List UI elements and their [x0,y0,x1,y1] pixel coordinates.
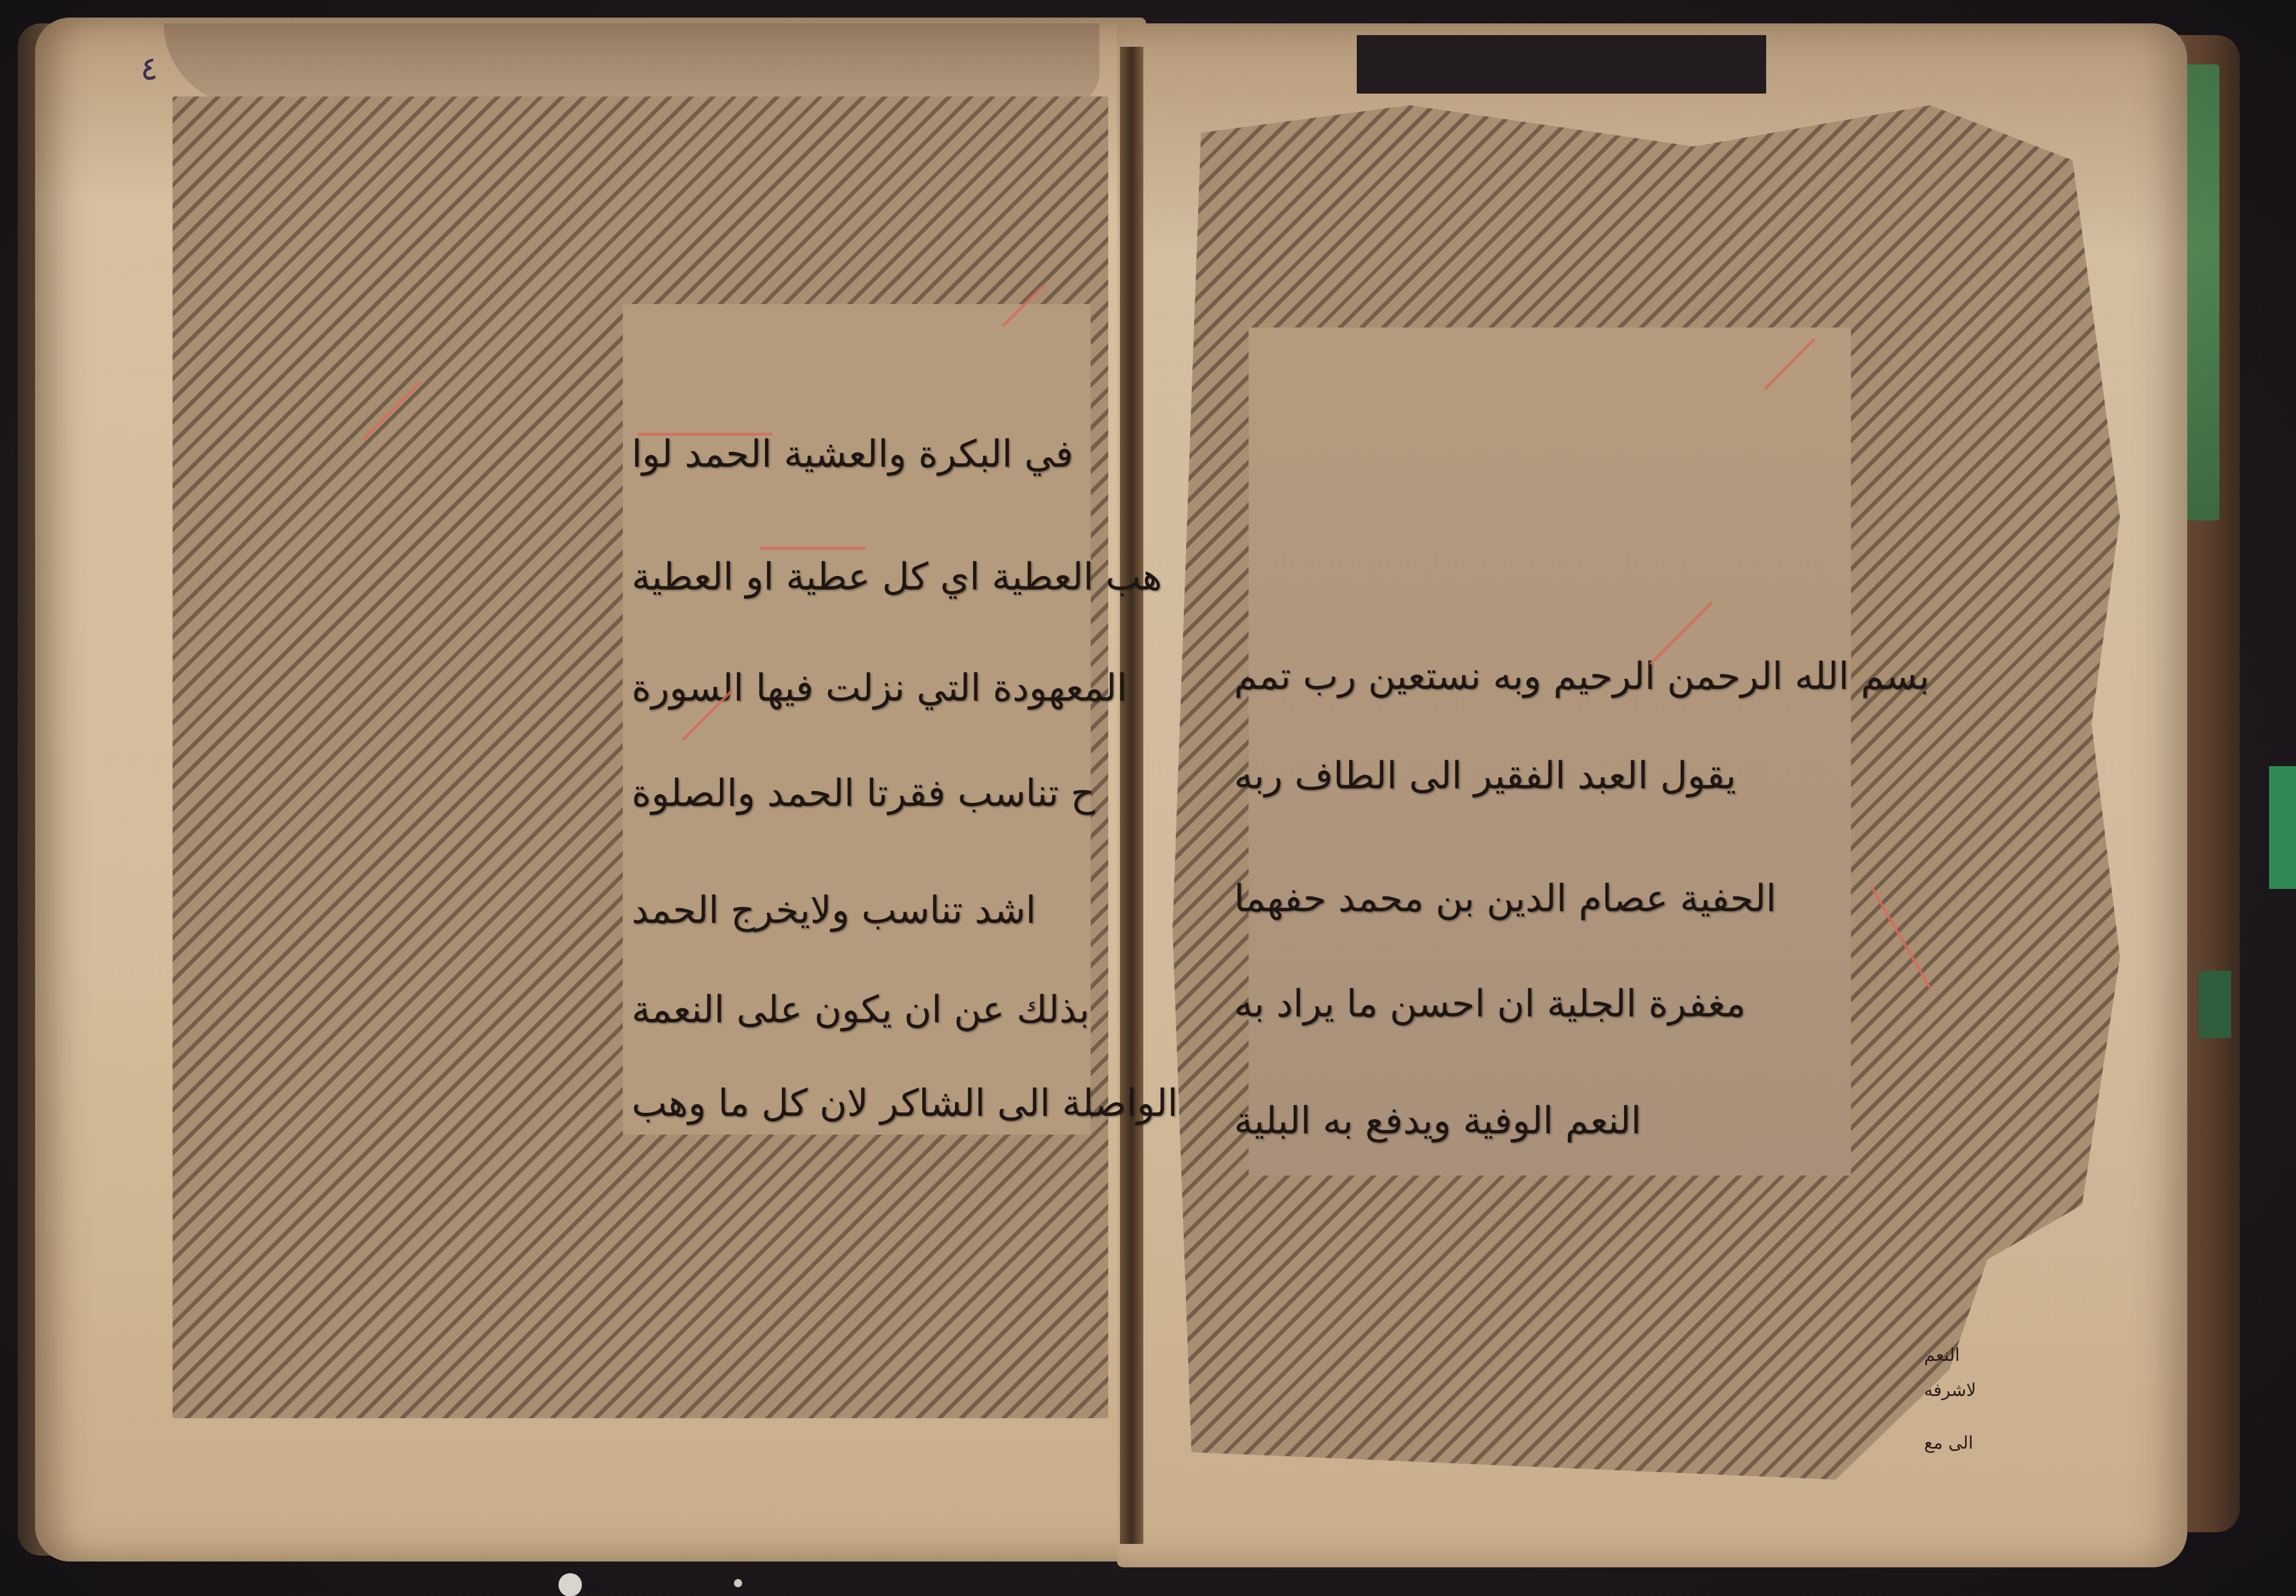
right-main-line-3: الحفية عصام الدين بن محمد حفهما [1234,877,1776,921]
green-tab-edge [2269,766,2296,889]
right-main-line-4: مغفرة الجلية ان احسن ما يراد به [1234,983,1746,1026]
left-main-line-1: في البكرة والعشية الحمد لوا [632,433,1073,476]
left-main-line-4: ح تناسب فقرتا الحمد والصلوة [632,772,1095,815]
green-cloth-binding [2184,64,2219,520]
right-main-line-2: يقول العبد الفقير الى الطاف ربه [1234,754,1736,798]
book-gutter [1120,47,1143,1544]
right-main-line-1: بسم الله الرحمن الرحيم وبه نستعين رب تمم [1234,655,1929,698]
red-overline [760,547,866,550]
left-main-line-2: هب العطية اي كل عطية او العطية [632,556,1162,599]
green-binding-patch [2199,971,2231,1038]
torn-page-top-right [1357,35,1766,94]
left-main-line-6: بذلك عن ان يكون على النعمة [632,988,1090,1032]
marginal-note: النعم [1924,1345,1960,1366]
marginal-note: الى مع [1924,1433,1973,1453]
left-main-line-3: المعهودة التي نزلت فيها السورة [632,667,1127,710]
water-stain-top-left [164,23,1099,105]
red-overline [637,433,772,436]
marginal-note: لاشرفه [1924,1380,1976,1401]
right-main-text-panel [1249,328,1851,1176]
bottom-pin [559,1573,582,1596]
left-main-line-5: اشد تناسب ولايخرج الحمد [632,889,1036,932]
right-main-line-5: النعم الوفية ويدفع به البلية [1234,1099,1642,1143]
folio-number: ٤ [140,50,158,88]
bottom-pin-small [734,1579,742,1587]
left-main-line-7: الواصلة الى الشاكر لان كل ما وهب [632,1082,1178,1125]
